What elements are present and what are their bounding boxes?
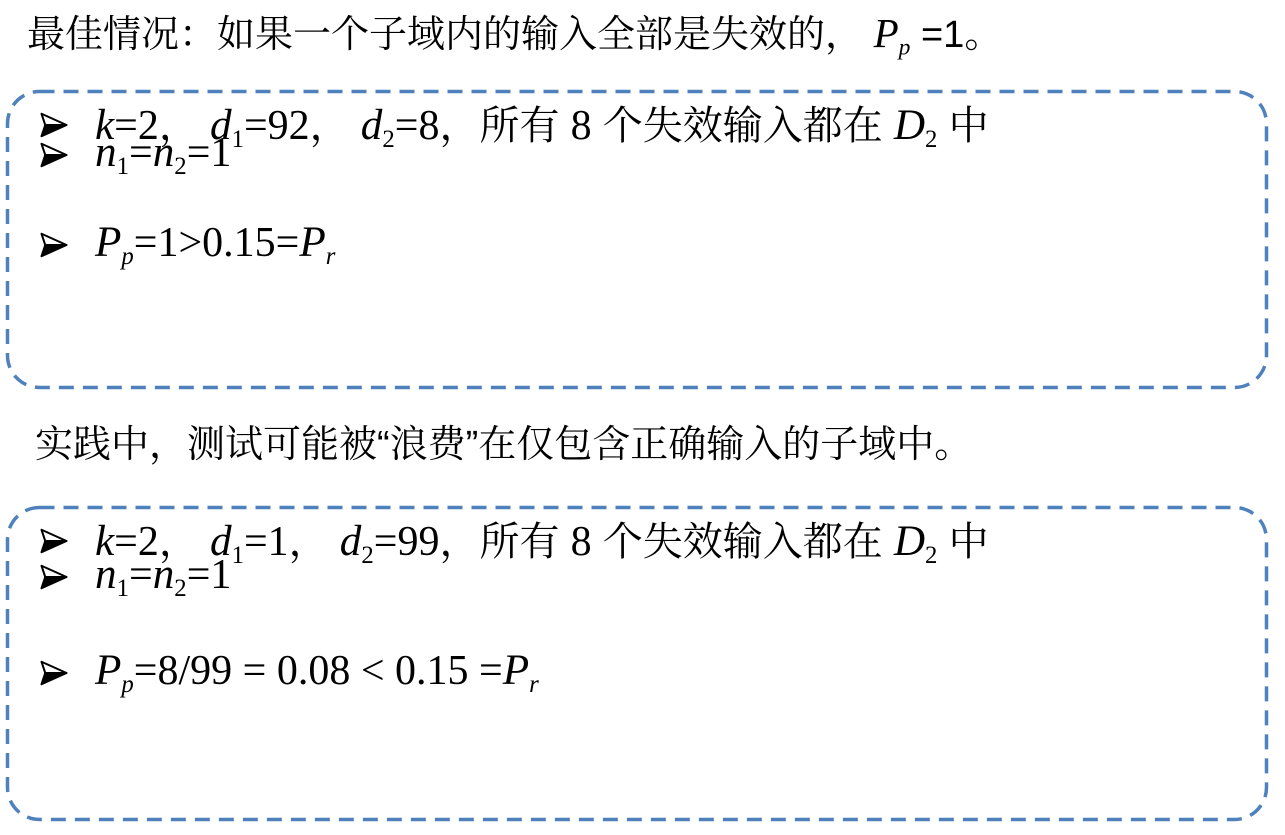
heading-practice-note: 实践中，测试可能被“浪费”在仅包含正确输入的子域中。 (35, 420, 972, 470)
callout-box-best-case: k=2， d1=92， d2=8，所有 8 个失效输入都在 D2 中 n1=n2… (5, 89, 1269, 390)
callout-box-wasted-tests: k=2， d1=1， d2=99，所有 8 个失效输入都在 D2 中 n1=n2… (5, 505, 1269, 822)
arrowhead-right-icon (39, 230, 69, 260)
bullet-text: Pp=1>0.15=Pr (95, 218, 335, 271)
arrowhead-right-icon (39, 562, 69, 592)
bullet-item: n1=n2=1 (39, 541, 1253, 611)
arrowhead-right-icon (39, 658, 69, 688)
heading-best-case: 最佳情况：如果一个子域内的输入全部是失效的， Pp =1。 (27, 8, 1002, 73)
bullet-text: n1=n2=1 (95, 550, 231, 603)
bullet-item: Pp=1>0.15=Pr (39, 209, 1253, 279)
bullet-text: Pp=8/99 = 0.08 < 0.15 =Pr (95, 646, 539, 699)
bullet-item: n1=n2=1 (39, 119, 1253, 189)
bullet-text: n1=n2=1 (95, 128, 231, 181)
bullet-item: Pp=8/99 = 0.08 < 0.15 =Pr (39, 637, 1253, 707)
arrowhead-right-icon (39, 140, 69, 170)
slide: 最佳情况：如果一个子域内的输入全部是失效的， Pp =1。 k=2， d1=92… (0, 0, 1285, 835)
